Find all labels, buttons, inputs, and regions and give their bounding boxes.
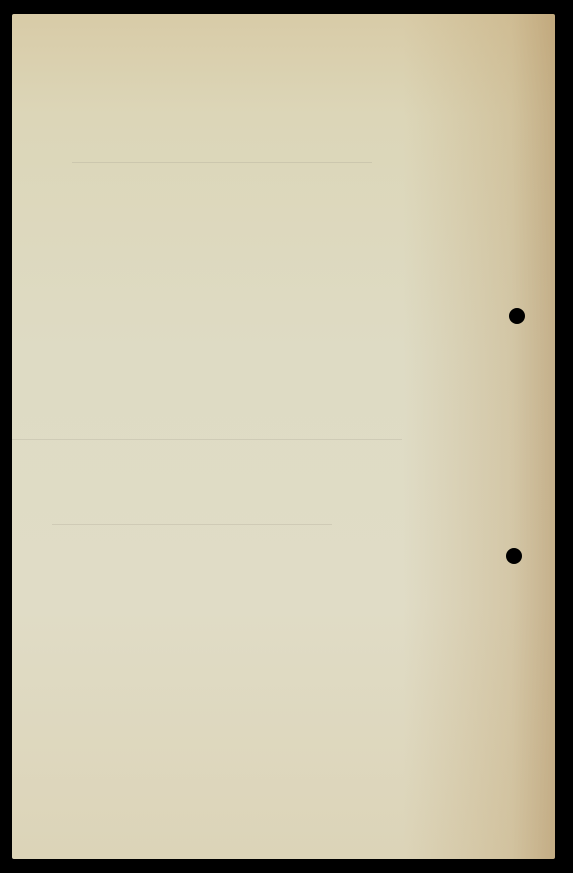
punch-hole-top xyxy=(509,308,525,324)
bleed-through-line xyxy=(52,524,332,525)
punch-hole-bottom xyxy=(506,548,522,564)
document-page xyxy=(12,14,555,859)
bleed-through-vertical-text xyxy=(452,194,512,694)
bleed-through-line xyxy=(72,162,372,163)
bleed-through-line xyxy=(12,439,402,440)
